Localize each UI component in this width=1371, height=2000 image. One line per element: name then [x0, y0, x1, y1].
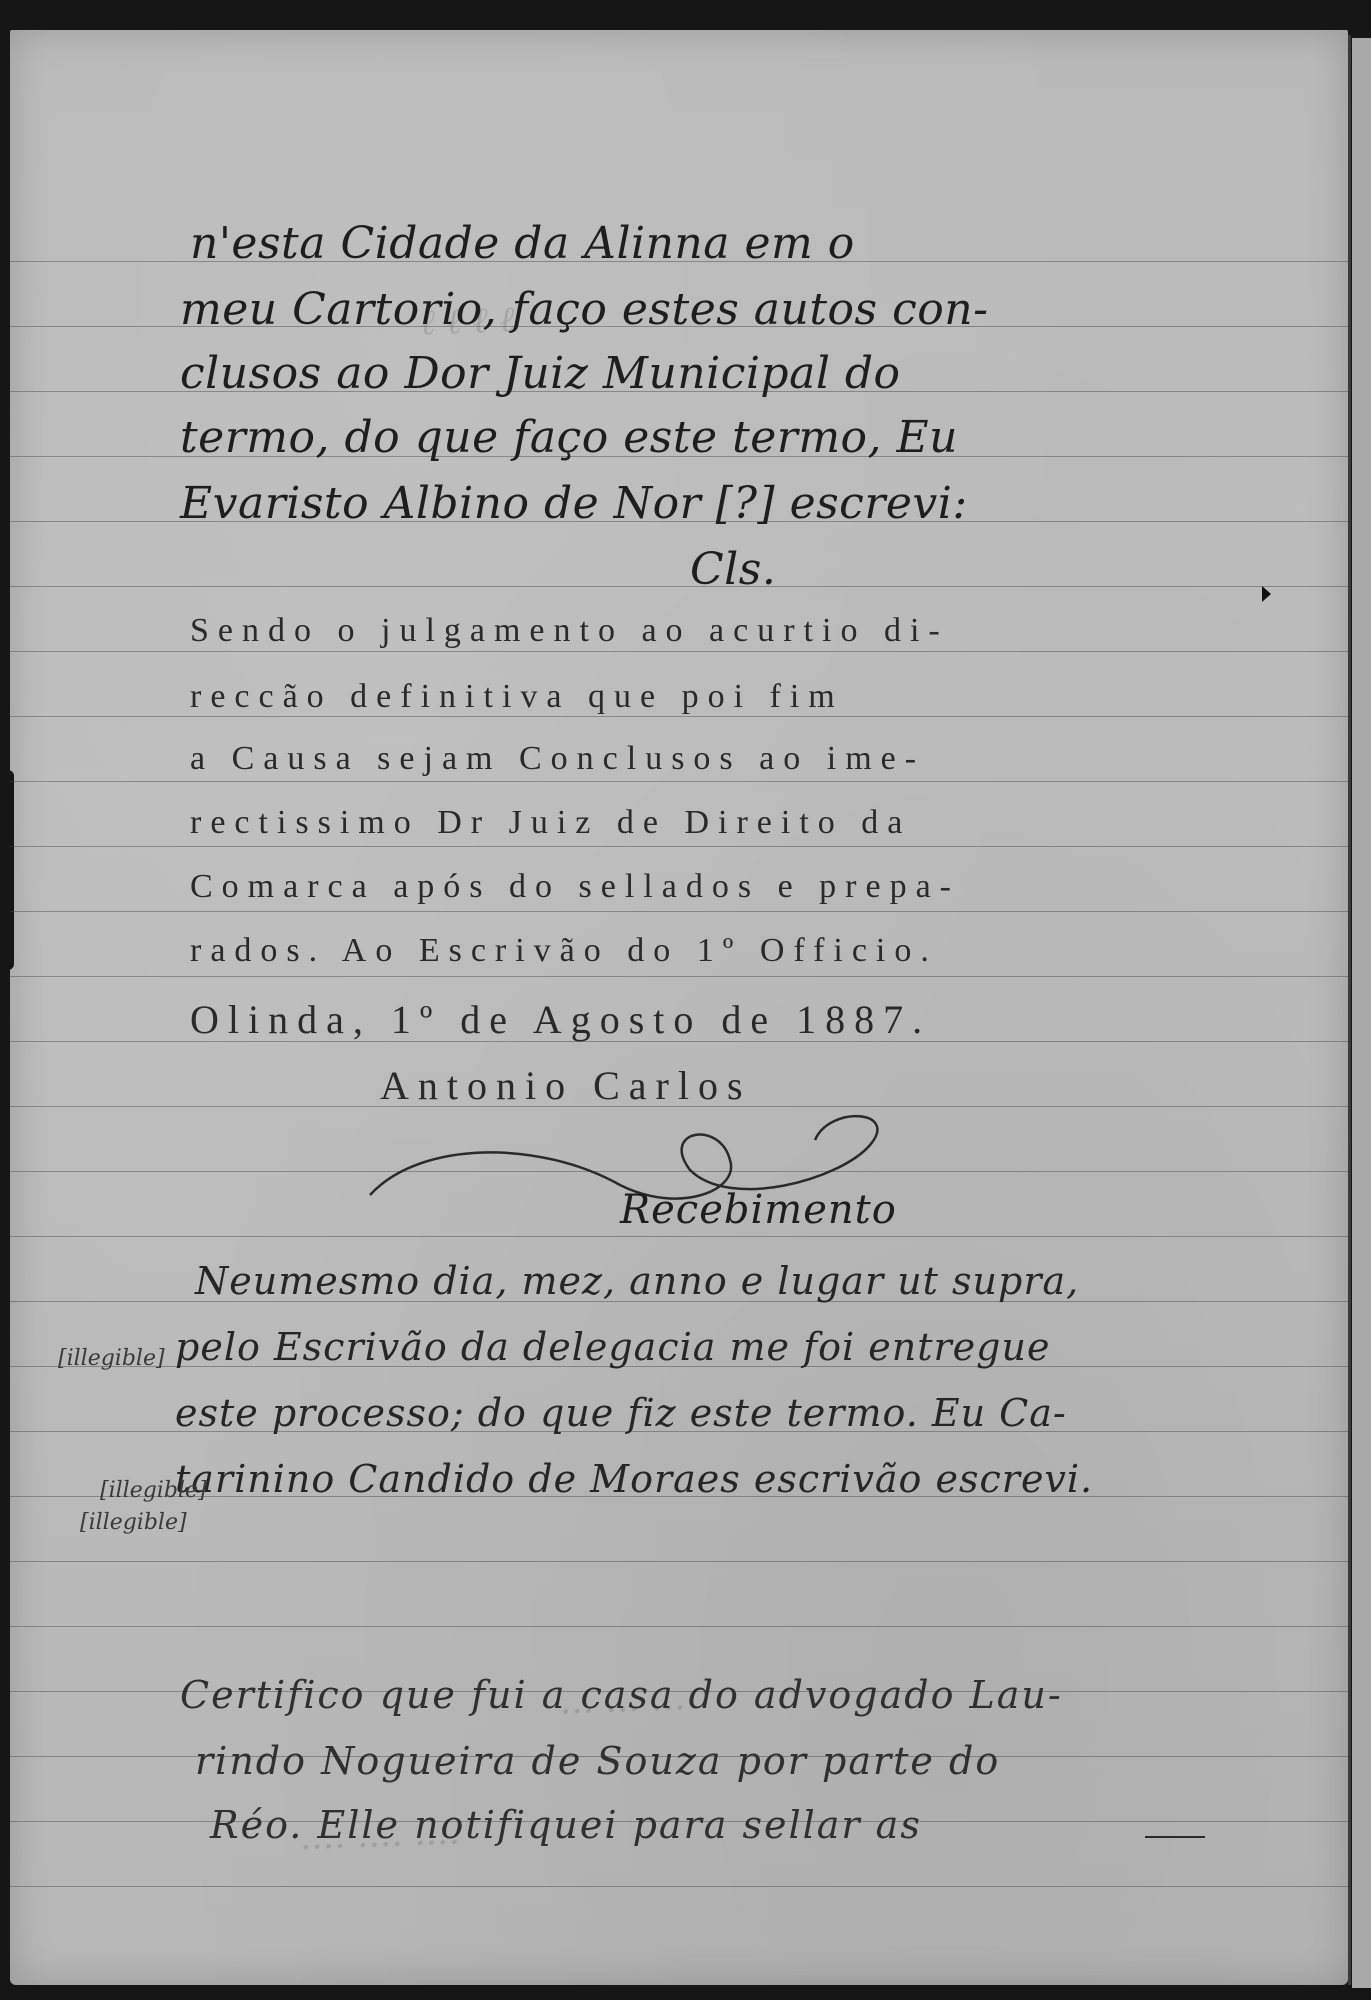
margin-note: [illegible]: [100, 1478, 207, 1503]
text-line: Certifico que fui a casa do advogado Lau…: [180, 1676, 1063, 1714]
binding-gutter: [1348, 35, 1351, 1985]
signature-mark: Cls.: [690, 548, 776, 592]
text-line: rados. Ao Escrivão do 1º Officio.: [190, 934, 938, 968]
text-line: reccão definitiva que poi fim: [190, 680, 844, 714]
text-line: Sendo o julgamento ao acurtio di-: [190, 614, 949, 648]
dateline: Olinda, 1º de Agosto de 1887.: [190, 1000, 931, 1040]
text-line: pelo Escrivão da delegacia me foi entreg…: [175, 1328, 1050, 1366]
text-line: rectissimo Dr Juiz de Direito da: [190, 806, 911, 840]
ink-mark: [1262, 586, 1271, 602]
text-line: rindo Nogueira de Souza por parte do: [195, 1742, 1000, 1780]
margin-note: [illegible]: [80, 1510, 187, 1535]
text-line: tarinino Candido de Moraes escrivão escr…: [175, 1460, 1093, 1498]
text-line: Neumesmo dia, mez, anno e lugar ut supra…: [195, 1262, 1079, 1300]
text-line: este processo; do que fiz este termo. Eu…: [175, 1394, 1067, 1432]
text-line: Evaristo Albino de Nor [?] escrevi:: [180, 482, 968, 526]
line-end-dash: [1145, 1836, 1205, 1838]
text-line: Réo. Elle notifiquei para sellar as: [210, 1806, 922, 1844]
adjacent-page-edge: [1352, 38, 1371, 1988]
section-heading: Recebimento: [620, 1190, 897, 1230]
text-line: clusos ao Dor Juiz Municipal do: [180, 352, 901, 396]
text-line: termo, do que faço este termo, Eu: [180, 416, 958, 460]
torn-page-edge: [0, 770, 14, 970]
margin-note: [illegible]: [58, 1346, 165, 1371]
text-line: a Causa sejam Conclusos ao ime-: [190, 742, 925, 776]
text-line: n'esta Cidade da Alinna em o: [190, 222, 855, 266]
text-line: meu Cartorio, faço estes autos con-: [180, 288, 988, 332]
text-line: Comarca após do sellados e prepa-: [190, 870, 960, 904]
